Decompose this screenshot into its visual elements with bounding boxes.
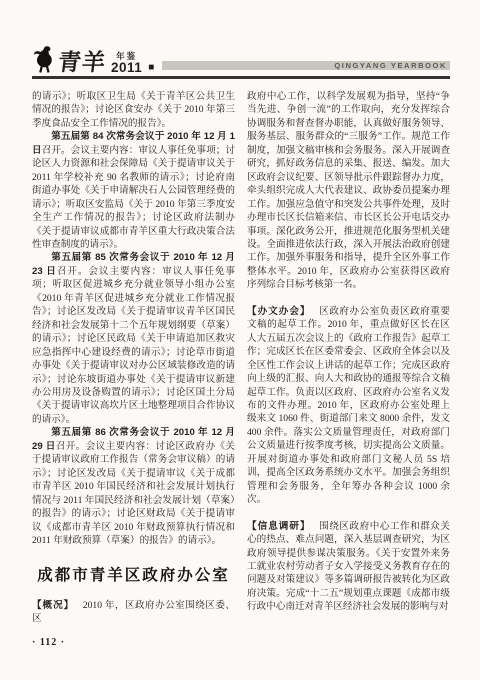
continuation-paragraph-right: 政府中心工作，以科学发展观为指导，坚持“争当先进、争创一流”的工作取向，充分发挥… (247, 90, 450, 292)
entry-banwen-body: 区政府办公室负责区政府重要文稿的起草工作。2010 年，重点做好区长在区人大五届… (247, 306, 450, 505)
meeting-84-paragraph: 第五届第 84 次常务会议于 2010 年 12 月 1 日召开。会议主要内容：… (32, 130, 235, 251)
overview-label: 【概况】 (32, 600, 74, 611)
yearbook-page: 青羊 年鉴 2011 ■ QINGYANG YEARBOOK 的请示》；听取区卫… (0, 0, 480, 680)
header-rule (32, 76, 450, 79)
overview-paragraph: 【概况】2010 年，区政府办公室围绕区委、区 (32, 599, 235, 626)
entry-banwen-banhui: 【办文办会】区政府办公室负责区政府重要文稿的起草工作。2010 年，重点做好区长… (247, 305, 450, 507)
meeting-85-body: 召开。会议主要内容：审议人事任免事项；听取区促进城乡充分就业领导小组办公室《20… (32, 266, 235, 425)
logo-square-mark: ■ (148, 63, 154, 73)
logo-title: 青羊 (57, 52, 108, 74)
page-header: 青羊 年鉴 2011 ■ QINGYANG YEARBOOK (32, 45, 450, 75)
content-columns: 的请示》；听取区卫生局《关于青羊区公共卫生情况的报告》；讨论区食安办《关于 20… (32, 90, 450, 649)
continuation-paragraph: 的请示》；听取区卫生局《关于青羊区公共卫生情况的报告》；讨论区食安办《关于 20… (32, 90, 235, 130)
entry-banwen-label: 【办文办会】 (247, 306, 311, 317)
yearbook-logo: 青羊 年鉴 2011 ■ (32, 45, 154, 75)
logo-year: 2011 (111, 61, 142, 75)
header-gray-band: QINGYANG YEARBOOK (162, 61, 450, 70)
right-column: 政府中心工作，以科学发展观为指导，坚持“争当先进、争创一流”的工作取向，充分发挥… (247, 90, 450, 649)
left-column: 的请示》；听取区卫生局《关于青羊区公共卫生情况的报告》；讨论区食安办《关于 20… (32, 90, 235, 649)
entry-xinxi-label: 【信息调研】 (247, 521, 311, 532)
header-banner-text: QINGYANG YEARBOOK (334, 61, 450, 70)
meeting-86-paragraph: 第五届第 86 次常务会议于 2010 年 12 月 29 日召开。会议主要内容… (32, 426, 235, 547)
page-number: · 112 · (32, 636, 235, 649)
entry-xinxi-body: 围绕区政府中心工作和群众关心的热点、难点问题，深入基层调查研究，为区政府领导提供… (247, 521, 450, 613)
entry-xinxi-diaoyan: 【信息调研】围绕区政府中心工作和群众关心的热点、难点问题，深入基层调查研究，为区… (247, 520, 450, 614)
meeting-85-paragraph: 第五届第 85 次常务会议于 2010 年 12 月 23 日召开。会议主要内容… (32, 251, 235, 426)
section-heading: 成都市青羊区政府办公室 (32, 569, 235, 582)
goat-icon (32, 45, 55, 74)
meeting-86-body: 召开。会议主要内容：讨论区政府办《关于提请审议政府工作报告（常务会审议稿）的请示… (32, 441, 235, 546)
logo-year-stack: 年鉴 2011 (111, 52, 142, 74)
meeting-84-body: 召开。会议主要内容：审议人事任免事项；讨论区人力资源和社会保障局《关于提请审议关… (32, 145, 235, 250)
